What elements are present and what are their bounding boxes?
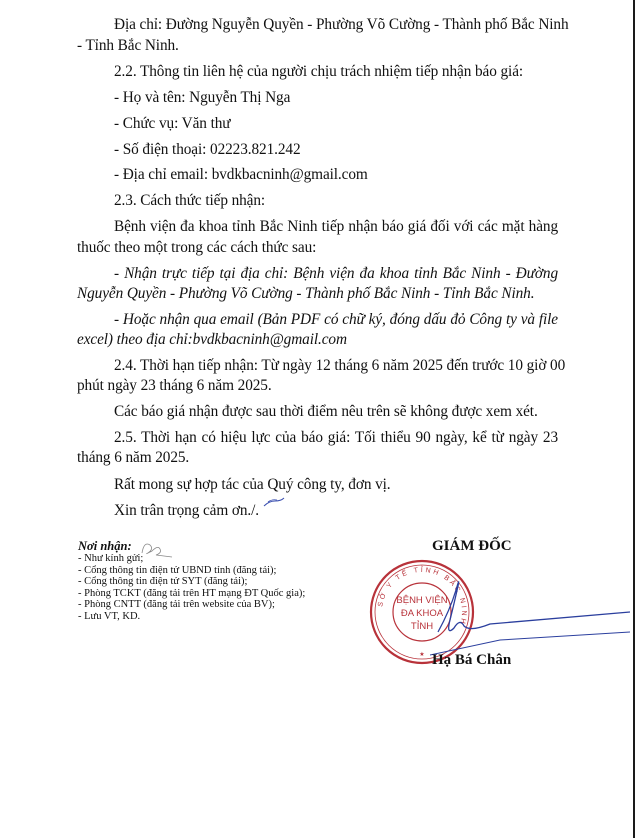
method-2-line-1: - Hoặc nhận qua email (Bản PDF có chữ ký… [114, 311, 558, 329]
recipient-initial-scribble-icon [138, 537, 178, 563]
recipient-item: - Lưu VT, KD. [78, 611, 305, 623]
closing-line-1: Rất mong sự hợp tác của Quý công ty, đơn… [114, 476, 391, 494]
recipient-item: - Cổng thông tin điện tử UBND tỉnh (đăng… [78, 565, 305, 577]
method-1-line-1: - Nhận trực tiếp tại địa chỉ: Bệnh viện … [114, 265, 558, 283]
section-2-3-intro-1: Bệnh viện đa khoa tỉnh Bắc Ninh tiếp nhậ… [114, 218, 558, 236]
contact-phone: - Số điện thoại: 02223.821.242 [114, 141, 301, 159]
contact-email: - Địa chỉ email: bvdkbacninh@gmail.com [114, 166, 368, 184]
section-2-2-heading: 2.2. Thông tin liên hệ của người chịu tr… [114, 63, 523, 81]
closing-line-2: Xin trân trọng cảm ơn./. [114, 502, 259, 520]
page-edge-divider [633, 0, 635, 838]
contact-position: - Chức vụ: Văn thư [114, 115, 230, 133]
recipient-item: - Cổng thông tin điện tử SYT (đăng tải); [78, 576, 305, 588]
svg-text:★: ★ [419, 651, 424, 658]
signer-title: GIÁM ĐỐC [432, 538, 512, 555]
section-2-4-line-1: 2.4. Thời hạn tiếp nhận: Từ ngày 12 thán… [114, 357, 558, 375]
section-2-3-intro-2: thuốc theo một trong các cách thức sau: [77, 239, 316, 257]
section-2-4-line-2: phút ngày 23 tháng 6 năm 2025. [77, 377, 272, 395]
recipients-title: Nơi nhận: [78, 539, 305, 553]
section-2-3-heading: 2.3. Cách thức tiếp nhận: [114, 192, 265, 210]
section-2-4-note: Các báo giá nhận được sau thời điểm nêu … [114, 403, 538, 421]
method-2-line-2: excel) theo địa chỉ:bvdkbacninh@gmail.co… [77, 331, 347, 349]
recipients-block: Nơi nhận: - Như kính gửi; - Cổng thông t… [78, 539, 305, 623]
section-2-5-line-2: tháng 6 năm 2025. [77, 449, 189, 467]
signer-name: Hạ Bá Chân [432, 652, 511, 669]
recipient-item: - Phòng TCKT (đăng tải trên HT mạng ĐT Q… [78, 588, 305, 600]
method-1-line-2: Nguyễn Quyền - Phường Võ Cường - Thành p… [77, 285, 534, 303]
recipient-item: - Phòng CNTT (đăng tải trên website của … [78, 599, 305, 611]
recipient-item: - Như kính gửi; [78, 553, 305, 565]
address-line-2: - Tỉnh Bắc Ninh. [77, 37, 179, 55]
initial-scribble-icon [263, 496, 285, 508]
address-line-1: Địa chỉ: Đường Nguyễn Quyền - Phường Võ … [114, 16, 569, 34]
contact-name: - Họ và tên: Nguyễn Thị Nga [114, 89, 290, 107]
document-page: Địa chỉ: Đường Nguyễn Quyền - Phường Võ … [0, 0, 636, 838]
section-2-5-line-1: 2.5. Thời hạn có hiệu lực của báo giá: T… [114, 429, 558, 447]
